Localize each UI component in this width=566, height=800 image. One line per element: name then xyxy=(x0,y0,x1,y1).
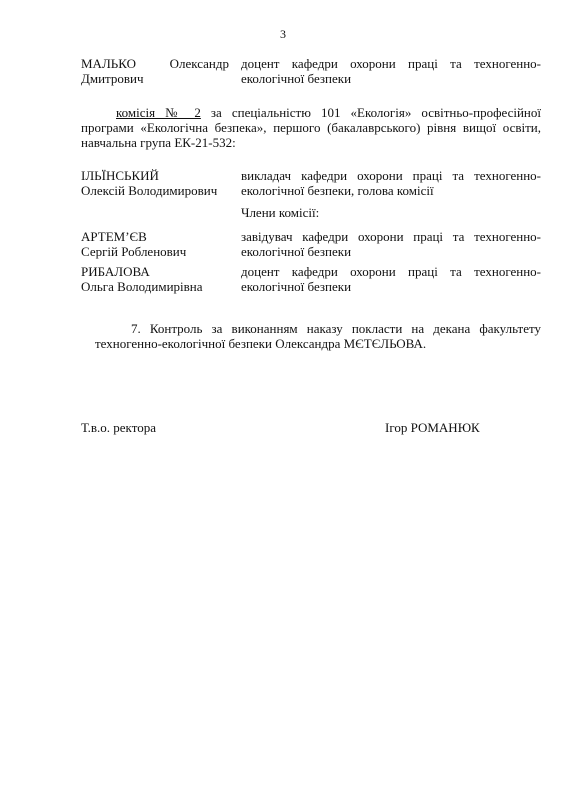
member-surname: РИБАЛОВА xyxy=(81,264,236,279)
member-role-line-2: екологічної безпеки xyxy=(241,244,541,259)
member-role-line-1: доцент кафедри охорони праці та техноген… xyxy=(241,264,541,279)
member-role-line-2: екологічної безпеки xyxy=(241,71,541,86)
heading-line-3: навчальна група ЕК-21-532: xyxy=(81,135,541,150)
member-role-line-2: екологічної безпеки, голова комісії xyxy=(241,183,541,198)
member-first-name: Олександр xyxy=(170,56,229,71)
member-role-line-1: викладач кафедри охорони праці та техног… xyxy=(241,168,541,183)
member-patronymic: Дмитрович xyxy=(81,71,236,86)
member-surname: МАЛЬКО xyxy=(81,56,136,71)
member-name: МАЛЬКО Олександр Дмитрович xyxy=(81,56,236,86)
member-surname: АРТЕМ’ЄВ xyxy=(81,229,236,244)
signatory-position: Т.в.о. ректора xyxy=(81,420,156,435)
item-7-line-1: 7. Контроль за виконанням наказу покласт… xyxy=(81,321,541,336)
signatory-name: Ігор РОМАНЮК xyxy=(385,420,480,435)
item-7-line-2: техногенно-екологічної безпеки Олександр… xyxy=(95,336,541,351)
member-name-patronymic: Сергій Робленович xyxy=(81,244,236,259)
heading-line-2: програми «Екологічна безпека», першого (… xyxy=(81,120,541,135)
order-item-7: 7. Контроль за виконанням наказу покласт… xyxy=(81,321,541,351)
heading-line-1-text: за спеціальністю 101 «Екологія» освітньо… xyxy=(201,105,541,120)
page-number: 3 xyxy=(0,27,566,42)
member-role-line-2: екологічної безпеки xyxy=(241,279,541,294)
member-surname: ІЛЬЇНСЬКИЙ xyxy=(81,168,236,183)
surname-firstname-line: МАЛЬКО Олександр xyxy=(81,56,229,71)
commission-number-label: комісія № 2 xyxy=(116,105,201,120)
member-name-patronymic: Ольга Володимирівна xyxy=(81,279,236,294)
member-name-patronymic: Олексій Володимирович xyxy=(81,183,236,198)
heading-line-1: комісія № 2 за спеціальністю 101 «Еколог… xyxy=(81,105,541,120)
member-name: АРТЕМ’ЄВ Сергій Робленович xyxy=(81,229,236,259)
member-name: ІЛЬЇНСЬКИЙ Олексій Володимирович xyxy=(81,168,236,198)
member-role: викладач кафедри охорони праці та техног… xyxy=(241,168,541,198)
member-role: доцент кафедри охорони праці та техноген… xyxy=(241,264,541,294)
member-role-line-1: доцент кафедри охорони праці та техноген… xyxy=(241,56,541,71)
commission-2-heading: комісія № 2 за спеціальністю 101 «Еколог… xyxy=(81,105,541,150)
members-label: Члени комісії: xyxy=(241,205,541,220)
member-role: завідувач кафедри охорони праці та техно… xyxy=(241,229,541,259)
member-role: доцент кафедри охорони праці та техноген… xyxy=(241,56,541,86)
member-name: РИБАЛОВА Ольга Володимирівна xyxy=(81,264,236,294)
member-role-line-1: завідувач кафедри охорони праці та техно… xyxy=(241,229,541,244)
